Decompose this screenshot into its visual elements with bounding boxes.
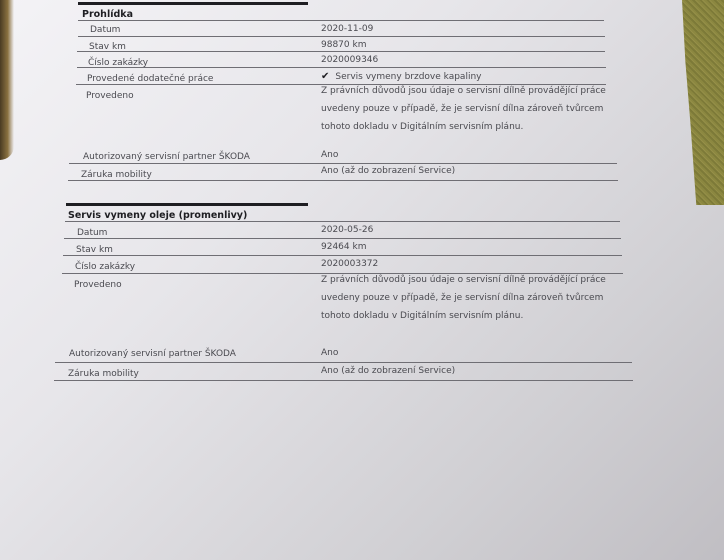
value-provedeno: Z právních důvodů jsou údaje o servisní … [321, 82, 621, 136]
divider [78, 36, 605, 37]
section-title: Servis vymeny oleje (promenlivy) [68, 210, 247, 221]
divider [69, 163, 617, 164]
value-datum: 2020-05-26 [321, 225, 373, 235]
divider [68, 180, 618, 181]
label-dodatecne-prace: Provedené dodatečné práce [87, 74, 213, 84]
section-title: Prohlídka [82, 9, 133, 20]
divider [54, 380, 633, 381]
value-autorizovany-partner: Ano [321, 348, 338, 358]
divider [55, 362, 632, 363]
label-autorizovany-partner: Autorizovaný servisní partner ŠKODA [69, 349, 236, 359]
value-dodatecne-prace: ✔Servis vymeny brzdove kapaliny [321, 71, 481, 82]
table-edge-shadow [0, 0, 14, 160]
divider [77, 67, 606, 68]
label-datum: Datum [77, 228, 107, 238]
section-rule [78, 2, 308, 5]
divider [64, 238, 621, 239]
checkmark-icon: ✔ [321, 71, 329, 82]
value-stav-km: 98870 km [321, 40, 366, 50]
divider [65, 221, 620, 222]
value-stav-km: 92464 km [321, 242, 366, 252]
label-cislo-zakazky: Číslo zakázky [75, 262, 135, 272]
label-datum: Datum [90, 25, 120, 35]
label-provedeno: Provedeno [74, 280, 122, 290]
value-datum: 2020-11-09 [321, 24, 373, 34]
divider [78, 20, 604, 21]
value-provedeno: Z právních důvodů jsou údaje o servisní … [321, 271, 626, 325]
value-cislo-zakazky: 2020009346 [321, 55, 378, 65]
label-zaruka-mobility: Záruka mobility [81, 170, 152, 180]
label-autorizovany-partner: Autorizovaný servisní partner ŠKODA [83, 152, 250, 162]
label-zaruka-mobility: Záruka mobility [68, 369, 139, 379]
value-zaruka-mobility: Ano (až do zobrazení Service) [321, 166, 455, 176]
divider [77, 51, 605, 52]
section-rule [66, 203, 308, 206]
value-zaruka-mobility: Ano (až do zobrazení Service) [321, 366, 455, 376]
divider [63, 255, 622, 256]
label-provedeno: Provedeno [86, 91, 134, 101]
value-cislo-zakazky: 2020003372 [321, 259, 378, 269]
value-autorizovany-partner: Ano [321, 150, 338, 160]
label-stav-km: Stav km [76, 245, 113, 255]
